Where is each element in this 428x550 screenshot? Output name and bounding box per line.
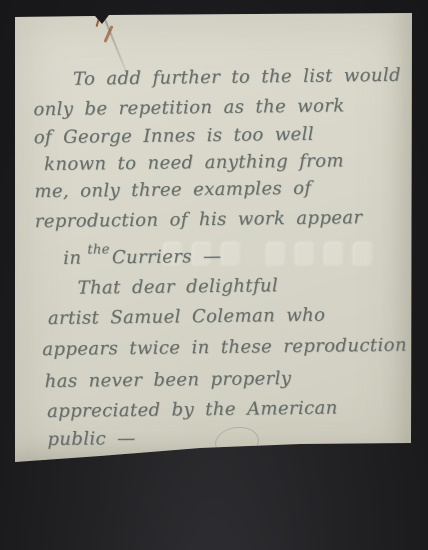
- handwritten-line: reproduction of his work appear: [35, 207, 369, 233]
- handwritten-line: intheCurriers —: [63, 246, 227, 272]
- handwritten-text: public —: [47, 428, 135, 450]
- handwritten-line: known to need anything from: [44, 150, 350, 176]
- handwritten-text: of George Innes is too well: [34, 124, 314, 148]
- handwritten-text: known to need anything from: [44, 150, 344, 175]
- handwritten-text: reproduction of his work appear: [35, 207, 363, 232]
- handwritten-line: appreciated by the American: [47, 397, 344, 423]
- handwritten-text: in: [63, 248, 81, 269]
- handwritten-text: Curriers —: [112, 246, 222, 268]
- handwritten-text: appears twice in these reproduction: [42, 335, 407, 360]
- handwritten-line: only be repetition as the work: [33, 95, 350, 121]
- handwritten-line: has never been properly: [45, 368, 298, 393]
- handwritten-line: appears twice in these reproduction: [42, 335, 413, 362]
- handwritten-text: appreciated by the American: [47, 397, 338, 422]
- handwritten-text: me, only three examples of: [34, 178, 311, 202]
- handwritten-line: artist Samuel Coleman who: [48, 305, 332, 330]
- handwritten-line: of George Innes is too well: [34, 124, 320, 149]
- handwriting: To add further to the list wouldonly be …: [12, 11, 414, 468]
- handwritten-text: only be repetition as the work: [33, 95, 344, 120]
- handwritten-text: That dear delightful: [77, 275, 278, 298]
- paper-sheet: To add further to the list wouldonly be …: [15, 13, 412, 465]
- handwritten-text: artist Samuel Coleman who: [48, 305, 326, 329]
- handwritten-line: public —: [47, 428, 141, 451]
- handwritten-line: That dear delightful: [77, 275, 284, 300]
- inserted-word: the: [87, 242, 110, 257]
- handwritten-text: has never been properly: [45, 368, 292, 392]
- handwritten-line: To add further to the list would: [73, 65, 407, 91]
- handwritten-text: To add further to the list would: [73, 65, 401, 90]
- photo-background: To add further to the list wouldonly be …: [0, 0, 428, 550]
- handwritten-line: me, only three examples of: [34, 178, 317, 203]
